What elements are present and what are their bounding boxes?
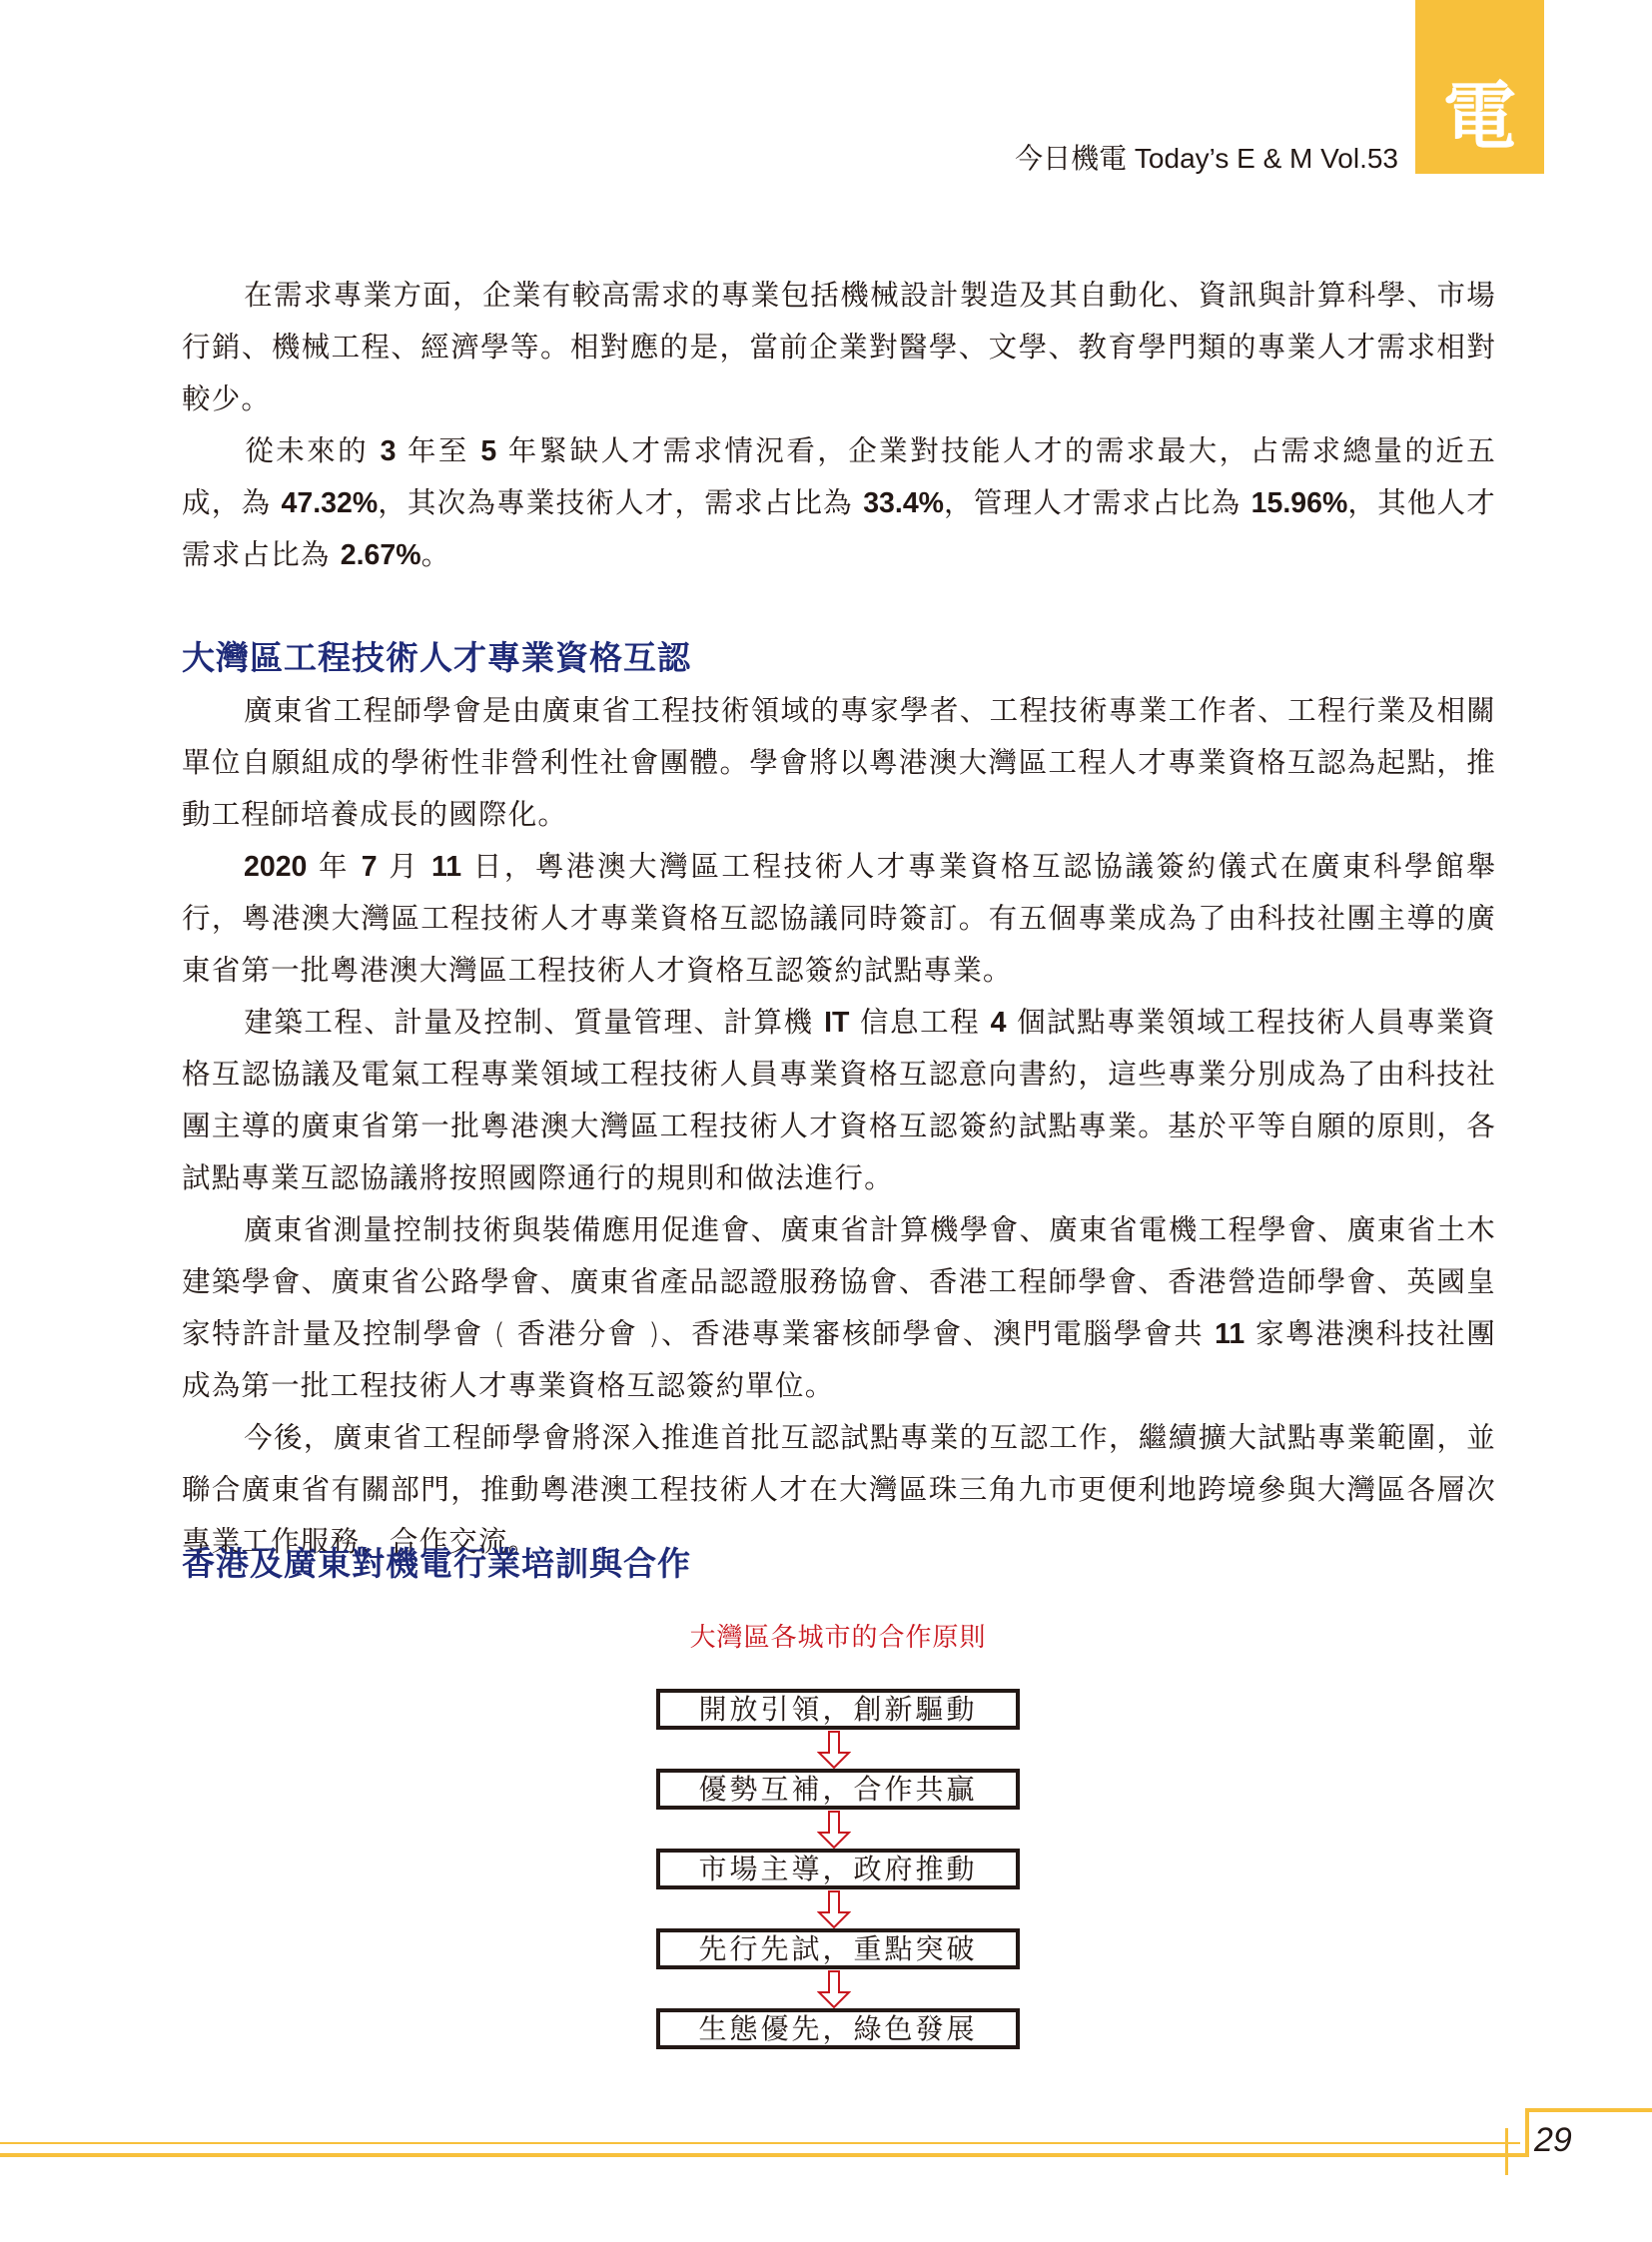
section1-paragraph-1: 廣東省工程師學會是由廣東省工程技術領域的專家學者、工程技術專業工作者、工程行業及… xyxy=(182,685,1496,841)
diagram-title: 大灣區各城市的合作原則 xyxy=(656,1620,1020,1656)
down-arrow-icon xyxy=(817,1731,851,1769)
intro-paragraph-2: 從未來的 3 年至 5 年緊缺人才需求情況看，企業對技能人才的需求最大，占需求總… xyxy=(182,425,1496,581)
footer-rule-thick xyxy=(0,2153,1529,2157)
running-head: 今日機電 Today’s E & M Vol.53 xyxy=(1015,142,1398,176)
footer-rule-thin xyxy=(0,2142,1520,2144)
share-professional: 33.4% xyxy=(863,487,944,519)
section-tab: 電 xyxy=(1415,0,1544,174)
section-tab-char: 電 xyxy=(1415,72,1544,162)
footer-rule-tick xyxy=(1505,2128,1508,2175)
section-title-training-cooperation: 香港及廣東對機電行業培訓與合作 xyxy=(182,1543,691,1585)
flow-step-2: 優勢互補，合作共贏 xyxy=(656,1769,1020,1810)
section1-paragraph-4: 廣東省測量控制技術與裝備應用促進會、廣東省計算機學會、廣東省電機工程學會、廣東省… xyxy=(182,1204,1496,1412)
share-management: 15.96% xyxy=(1251,487,1348,519)
intro-block: 在需求專業方面，企業有較高需求的專業包括機械設計製造及其自動化、資訊與計算科學、… xyxy=(182,270,1496,581)
flow-step-5: 生態優先，綠色發展 xyxy=(656,2008,1020,2049)
section1-block: 廣東省工程師學會是由廣東省工程技術領域的專家學者、工程技術專業工作者、工程行業及… xyxy=(182,685,1496,1568)
footer-rule-top xyxy=(1525,2108,1652,2112)
down-arrow-icon xyxy=(817,1811,851,1849)
flow-step-4: 先行先試，重點突破 xyxy=(656,1928,1020,1969)
section1-paragraph-2: 2020 年 7 月 11 日，粵港澳大灣區工程技術人才專業資格互認協議簽約儀式… xyxy=(182,841,1496,997)
down-arrow-icon xyxy=(817,1970,851,2008)
footer-rule-step xyxy=(1525,2109,1529,2157)
section1-paragraph-3: 建築工程、計量及控制、質量管理、計算機 IT 信息工程 4 個試點專業領域工程技… xyxy=(182,997,1496,1204)
down-arrow-icon xyxy=(817,1890,851,1928)
section-title-mutual-recognition: 大灣區工程技術人才專業資格互認 xyxy=(182,637,691,679)
flow-step-3: 市場主導，政府推動 xyxy=(656,1849,1020,1889)
share-skilled: 47.32% xyxy=(282,487,379,519)
flow-step-1: 開放引領，創新驅動 xyxy=(656,1689,1020,1730)
page-number: 29 xyxy=(1534,2120,1572,2160)
share-other: 2.67% xyxy=(341,539,421,571)
intro-paragraph-1: 在需求專業方面，企業有較高需求的專業包括機械設計製造及其自動化、資訊與計算科學、… xyxy=(182,270,1496,425)
